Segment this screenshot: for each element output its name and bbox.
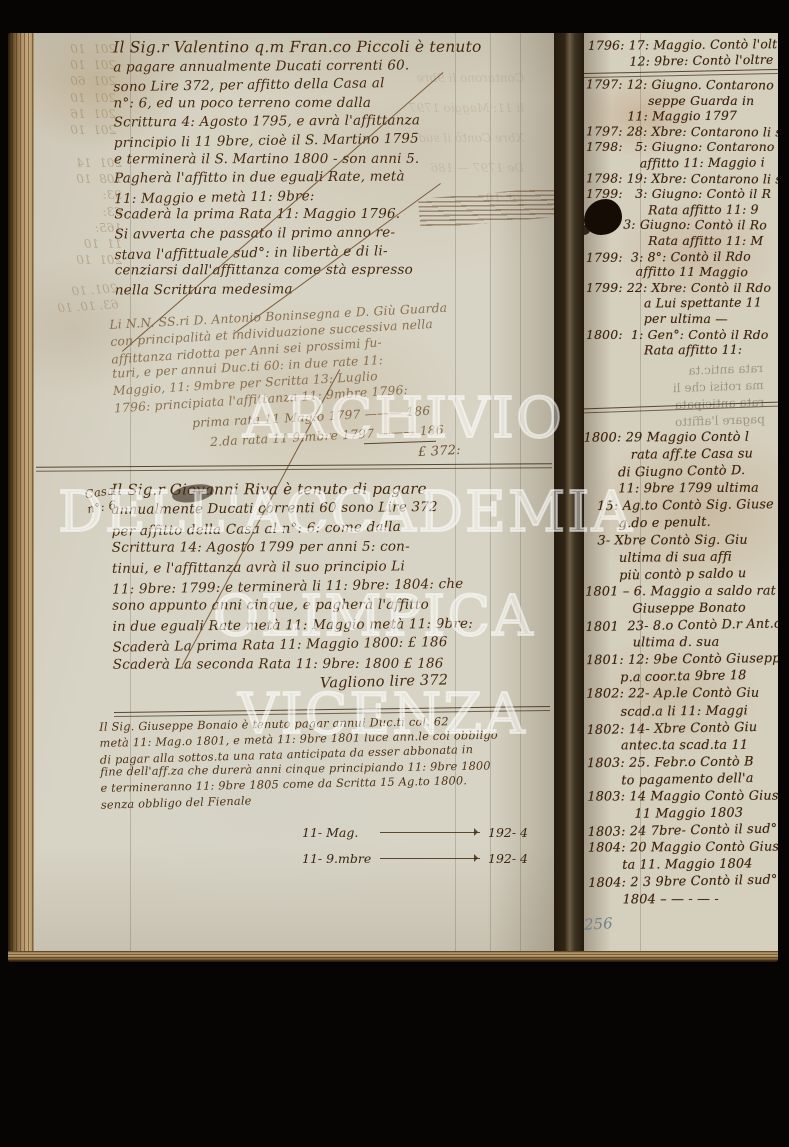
page-stack-edge-left — [8, 33, 34, 962]
manuscript-line: Scrittura 14: Agosto 1799 per anni 5: co… — [112, 537, 552, 558]
arrow-line — [380, 832, 480, 833]
account-entry-line: scad.a li 11: Maggi — [586, 701, 778, 720]
manuscript-line: e terminerà il S. Martino 1800 - son ann… — [114, 149, 544, 168]
bleed-number-line: 165: — [58, 220, 122, 236]
bleed-number-line: 201 16 — [52, 106, 116, 122]
right-page: 1796: 17: Maggio. Contò l'olt 12: 9bre: … — [584, 33, 778, 953]
bleed-number-line: 201 10 — [52, 122, 116, 138]
amount-value: 192- 4 — [488, 851, 542, 866]
amount-date-label: 11- 9.mbre — [302, 851, 376, 866]
account-entry-line: 1802: 14- Xbre Contò Giu — [586, 718, 778, 739]
manuscript-line: Scaderà La seconda Rata 11: 9bre: 1800 £… — [113, 654, 553, 675]
amount-row: 11- Mag. 192- 4 — [302, 819, 542, 845]
account-entry-line: 1796: 17: Maggio. Contò l'olt — [588, 36, 778, 54]
bleed-number-line: 201 10 — [52, 90, 116, 106]
account-entry-line: per ultima — — [586, 310, 778, 327]
bleed-number-line: 201 10 — [52, 41, 116, 57]
amount-date-label: 11- Mag. — [302, 825, 376, 840]
account-entry-line: 1801 – 6. Maggio a saldo rat — [585, 582, 778, 600]
bleed-number-line: 201 14 — [58, 155, 122, 171]
bleed-number-line: 108 10 — [58, 171, 122, 187]
account-entry-line: Rata affitto 11: — [586, 341, 778, 358]
bleed-ghost-lines: rata antic.tama rotisi che lirata antici… — [593, 360, 765, 434]
page-stack-lines — [8, 33, 34, 962]
manuscript-line: n°: 6, ed un poco terreno come dalla — [114, 93, 544, 112]
account-entry-line: 1799: 3: 8°: Contò il Rdo — [586, 248, 778, 265]
entry-valentino-piccoli: Il Sig.r Valentino q.m Fran.co Piccoli è… — [113, 37, 545, 300]
bleed-number-line: 201 10 — [52, 57, 116, 73]
manuscript-photo: 201 10201 10201 60201 10201 16201 10 201… — [0, 0, 789, 1147]
arrow-line — [380, 858, 480, 859]
account-entry-line: 1802: 22- Ap.le Contò Giu — [586, 685, 778, 703]
manuscript-line: sono appunto anni cinque, e pagherà l'af… — [112, 596, 552, 617]
entry-giuseppe-bonaio: Il Sig. Giuseppe Bonaio è tenuto pagar a… — [99, 711, 554, 811]
account-entry-line: 12: 9bre: Contò l'oltre — [588, 52, 778, 71]
account-entry-line: Rata affitto 11: M — [586, 233, 778, 249]
entry-boninsegna-guarda: Li N.N. SS.ri D. Antonio Boninsegna e D.… — [109, 294, 544, 415]
book-gutter-fold — [554, 33, 584, 953]
page-stack-edge-bottom — [8, 951, 778, 962]
bleed-numbers-top: 201 10201 10201 60201 10201 16201 10 — [52, 41, 116, 138]
section-separator — [36, 463, 552, 471]
account-entry-line: affitto 11 Maggio — [586, 264, 778, 281]
account-entry-line: ultima di sua affi — [585, 547, 778, 566]
left-page: 201 10201 10201 60201 10201 16201 10 201… — [34, 33, 554, 953]
page-number: 256 — [584, 914, 613, 933]
entry-giovanni-riva: Il Sig.r Giovanni Riva è tenuto di pagar… — [111, 478, 553, 676]
bleed-number-line: 201 10 — [58, 252, 122, 268]
account-entry-line: 1799: 22: Xbre: Contò il Rdo — [586, 280, 778, 296]
manuscript-line: Il Sig.r Valentino q.m Fran.co Piccoli è… — [113, 38, 543, 57]
account-entry-line: 11: 9bre 1799 ultima — [584, 480, 778, 498]
account-entry-line: 1799: 3: Giugno: Contò il R — [586, 186, 778, 202]
account-entry-line: 1804: 2 3 9bre Contò il sud°: a — [588, 871, 778, 892]
account-entry-line: g.do e penult. — [584, 512, 778, 533]
bleed-number-line: 63: — [58, 204, 122, 220]
page-stack-lines — [8, 951, 778, 962]
account-entry-line: seppe Guarda in — [586, 93, 778, 109]
account-entry-line: 1797: 28: Xbre: Contarono li sud — [586, 123, 778, 140]
account-entry-line: affitto 11: Maggio i — [586, 154, 778, 171]
manuscript-line: Il Sig.r Giovanni Riva è tenuto di pagar… — [111, 479, 551, 500]
account-entry-line: 3- Xbre Contò Sig. Giu — [585, 531, 778, 549]
account-entries-1800-1804: 1800: 29 Maggio Contò l rata aff.te Casa… — [584, 428, 778, 909]
amount-rows: 11- Mag. 192- 4 11- 9.mbre 192- 4 — [302, 819, 542, 871]
account-entry-line: 1800: 29 Maggio Contò l — [584, 428, 778, 446]
bleed-numbers-mid: 201 14108 1093:63:165:11 10201 10 — [58, 155, 122, 268]
ledger-book: 201 10201 10201 60201 10201 16201 10 201… — [8, 33, 778, 962]
bleed-number-line: 201 60 — [52, 73, 116, 89]
account-entry-line: 1800: 1: Gen°: Contò il Rdo — [586, 327, 778, 343]
bleed-numbers-low: 201. 1063. 10. 10 — [37, 280, 119, 318]
sum-total: £ 372: — [418, 443, 462, 460]
account-entry-line: 1798: 19: Xbre: Contarono li su — [586, 170, 778, 187]
bleed-number-line: 11 10 — [58, 236, 122, 252]
amount-row: 11- 9.mbre 192- 4 — [302, 845, 542, 871]
account-entry-line: 1798: 5: Giugno: Contarono Li — [586, 139, 778, 155]
account-entry-line: ultima d. sua — [586, 634, 778, 652]
account-entry-line: 11: Maggio 1797 — [586, 107, 778, 124]
bleed-number-line: 93: — [58, 187, 122, 203]
account-entry-line: antec.ta scad.ta 11 — [587, 736, 778, 754]
account-entry-line: 1797: 12: Giugno. Contarono li RD — [586, 76, 778, 93]
account-entry-line: più contò p saldo u — [585, 564, 778, 585]
account-entries-1796: 1796: 17: Maggio. Contò l'olt 12: 9bre: … — [588, 36, 778, 71]
account-entry-line: a Lui spettante 11 — [586, 294, 778, 311]
total-note: Vagliono lire 372 — [320, 672, 449, 691]
amount-value: 192- 4 — [488, 825, 542, 840]
account-entry-line: 1804 – — - — - — [588, 890, 778, 908]
account-entry-line: 1804: 20 Maggio Contò Giuseppe — [588, 839, 778, 857]
account-entry-line: 1803: 14 Maggio Contò Giusepp — [587, 787, 778, 805]
